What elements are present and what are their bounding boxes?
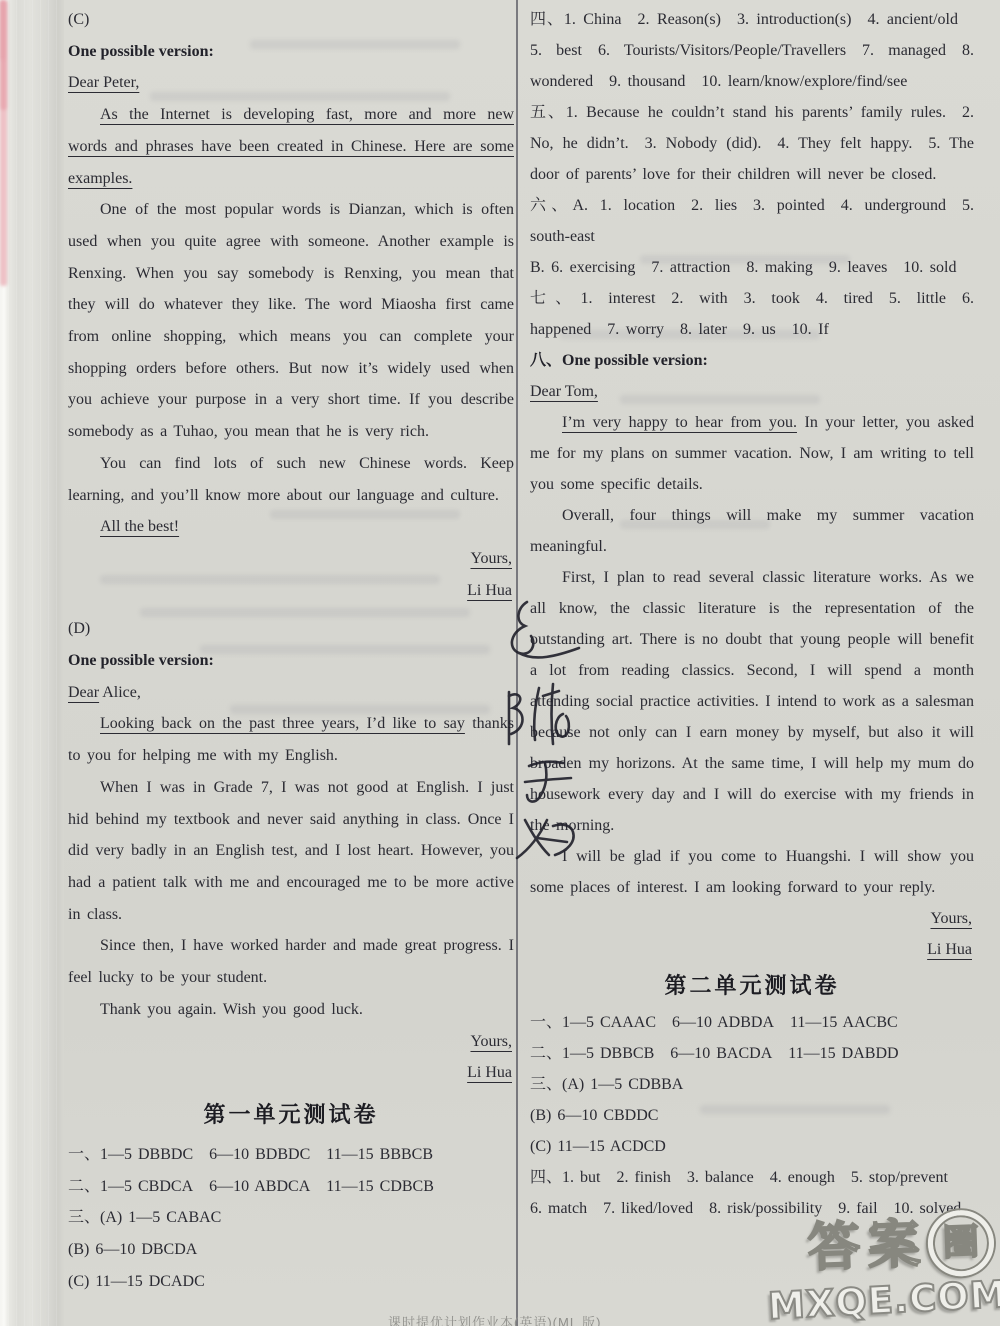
essay-paragraph: One of the most popular words is Dianzan… xyxy=(68,194,514,448)
signature-yours: Yours, xyxy=(68,543,514,575)
salutation: Dear Tom, xyxy=(530,376,974,407)
watermark-site-url: MXQE.COM xyxy=(767,1275,999,1326)
answer-line: (B) 6—10 CBDDC xyxy=(530,1100,974,1131)
answer-line: 三、(A) 1—5 CABAC xyxy=(68,1202,514,1234)
answer-line: 一、1—5 DBBDC 6—10 BDBDC 11—15 BBBCB xyxy=(68,1139,514,1171)
salutation-text: Dear Peter, xyxy=(68,74,139,91)
essay-paragraph: First, I plan to read several classic li… xyxy=(530,562,974,841)
answer-line: 二、1—5 DBBCB 6—10 BACDA 11—15 DABDD xyxy=(530,1038,974,1069)
unit1-heading: 第一单元测试卷 xyxy=(68,1095,514,1135)
essay-paragraph: I will be glad if you come to Huangshi. … xyxy=(530,841,974,903)
version-label: One possible version: xyxy=(68,36,514,68)
section-8-version-label: 八、One possible version: xyxy=(530,345,974,376)
essay-paragraph: You can find lots of such new Chinese wo… xyxy=(68,448,514,511)
signature-yours: Yours, xyxy=(68,1026,514,1058)
answer-line: 三、(A) 1—5 CDBBA xyxy=(530,1069,974,1100)
answer-book-page: (C) One possible version: Dear Peter, As… xyxy=(0,0,1000,1326)
answer-section-7: 七、1. interest 2. with 3. took 4. tired 5… xyxy=(530,283,974,345)
answer-section-5: 五、1. Because he couldn’t stand his paren… xyxy=(530,97,974,190)
watermark-char: 案 xyxy=(867,1219,921,1273)
answer-line: (C) 11—15 ACDCD xyxy=(530,1131,974,1162)
essay-paragraph: Looking back on the past three years, I’… xyxy=(68,708,514,771)
section-d-label: (D) xyxy=(68,613,514,645)
book-footer-title: 课时提优计划作业本(英语)(ML 版) xyxy=(388,1312,602,1326)
essay-paragraph: Since then, I have worked harder and mad… xyxy=(68,930,514,993)
answer-line: (C) 11—15 DCADC xyxy=(68,1266,514,1298)
section-c-label: (C) xyxy=(68,4,514,36)
watermark-char: 答 xyxy=(807,1221,861,1275)
column-divider-rule xyxy=(516,0,518,1326)
watermark-logo-text: 答 案 圈 xyxy=(767,1209,995,1283)
watermark-circle-char: 圈 xyxy=(927,1209,995,1277)
answer-line: 二、1—5 CBDCA 6—10 ABDCA 11—15 CDBCB xyxy=(68,1171,514,1203)
signature-yours: Yours, xyxy=(530,903,974,934)
version-label: One possible version: xyxy=(68,645,514,677)
page-edge-pink-smudge xyxy=(0,0,5,60)
left-column: (C) One possible version: Dear Peter, As… xyxy=(68,4,514,1297)
essay-paragraph: Overall, four things will make my summer… xyxy=(530,500,974,562)
answerquan-watermark: 答 案 圈 MXQE.COM xyxy=(768,1213,998,1322)
right-column: 四、1. China 2. Reason(s) 3. introduction(… xyxy=(530,4,974,1224)
closing-line: All the best! xyxy=(68,511,514,543)
unit2-heading: 第二单元测试卷 xyxy=(530,967,974,1005)
essay-paragraph: I’m very happy to hear from you. In your… xyxy=(530,407,974,500)
signature-name: Li Hua xyxy=(530,934,974,965)
answer-section-4: 四、1. China 2. Reason(s) 3. introduction(… xyxy=(530,4,974,97)
book-binding-edge xyxy=(0,0,64,1326)
essay-paragraph: When I was in Grade 7, I was not good at… xyxy=(68,772,514,931)
salutation: Dear Alice, xyxy=(68,677,514,709)
answer-line: 一、1—5 CAAAC 6—10 ADBDA 11—15 AACBC xyxy=(530,1007,974,1038)
answer-line: (B) 6—10 DBCDA xyxy=(68,1234,514,1266)
salutation: Dear Peter, xyxy=(68,67,514,99)
essay-paragraph: Thank you again. Wish you good luck. xyxy=(68,994,514,1026)
answer-section-6b: B. 6. exercising 7. attraction 8. making… xyxy=(530,252,974,283)
signature-name: Li Hua xyxy=(68,1057,514,1089)
essay-paragraph: As the Internet is developing fast, more… xyxy=(68,99,514,194)
signature-name: Li Hua xyxy=(68,575,514,607)
answer-section-6a: 六、A. 1. location 2. lies 3. pointed 4. u… xyxy=(530,190,974,252)
